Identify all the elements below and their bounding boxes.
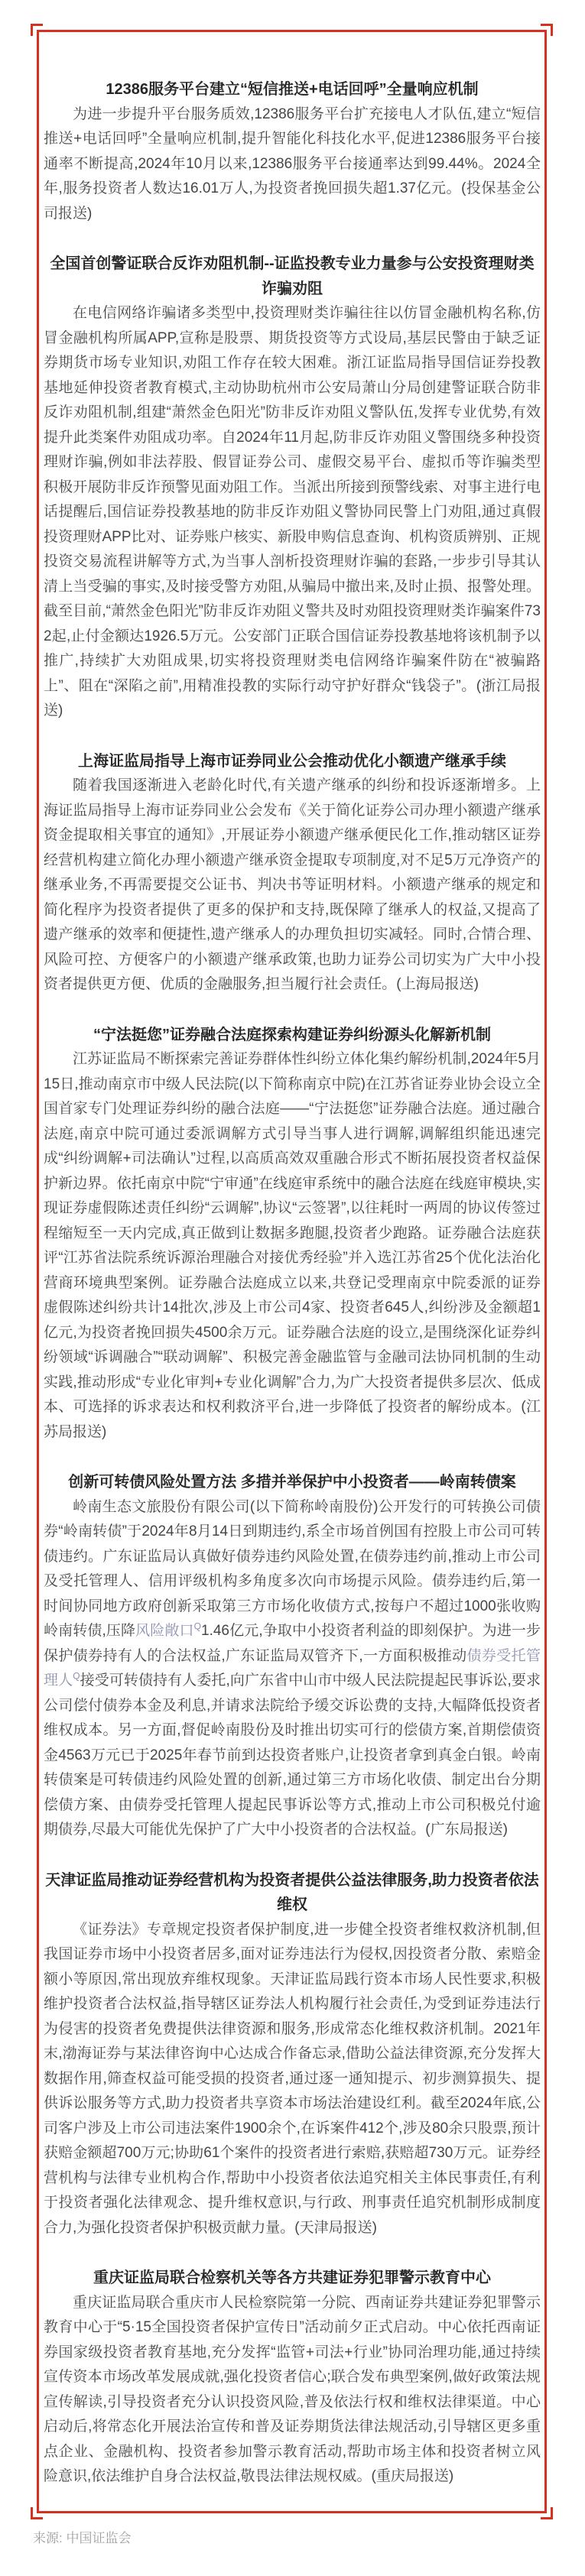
section-body: 在电信网络诈骗诸多类型中,投资理财类诈骗往往以仿冒金融机构名称,仿冒金融机构所属… (44, 301, 541, 724)
term-ref-icon: Q (194, 1621, 201, 1632)
section-12386-platform: 12386服务平台建立“短信推送+电话回呼”全量响应机制 为进一步提升平台服务质… (44, 77, 541, 226)
body-text: 岭南生态文旅股份有限公司(以下简称岭南股份)公开发行的可转换公司债券“岭南转债”… (44, 1499, 541, 1640)
section-nanjing-fusion-court: “宁法挺您”证券融合法庭探索构建证券纠纷源头化解新机制 江苏证监局不断探索完善证… (44, 1023, 541, 1445)
section-title: 天津证监局推动证券经营机构为投资者提供公益法律服务,助力投资者依法维权 (44, 1868, 541, 1918)
section-title: “宁法挺您”证券融合法庭探索构建证券纠纷源头化解新机制 (44, 1023, 541, 1048)
section-chongqing-warning-center: 重庆证监局联合检察机关等各方共建证券犯罪警示教育中心 重庆证监局联合重庆市人民检… (44, 2266, 541, 2490)
section-title: 创新可转债风险处置方法 多措并举保护中小投资者——岭南转债案 (44, 1470, 541, 1495)
section-title: 上海证监局指导上海市证券同业公会推动优化小额遗产继承手续 (44, 749, 541, 774)
section-body: 《证券法》专章规定投资者保护制度,进一步健全投资者维权救济机制,但我国证券市场中… (44, 1918, 541, 2241)
section-police-csrc-anti-fraud: 全国首创警证联合反诈劝阻机制--证监投教专业力量参与公安投资理财类诈骗劝阻 在电… (44, 251, 541, 724)
frame-corner-top-left-icon (31, 24, 43, 36)
term-link-label: 风险敞口 (135, 1623, 194, 1639)
section-title: 全国首创警证联合反诈劝阻机制--证监投教专业力量参与公安投资理财类诈骗劝阻 (44, 251, 541, 301)
section-title: 重庆证监局联合检察机关等各方共建证券犯罪警示教育中心 (44, 2266, 541, 2291)
article-frame: 12386服务平台建立“短信推送+电话回呼”全量响应机制 为进一步提升平台服务质… (37, 30, 547, 2513)
frame-corner-bottom-right-icon (541, 2507, 553, 2519)
section-body: 岭南生态文旅股份有限公司(以下简称岭南股份)公开发行的可转换公司债券“岭南转债”… (44, 1495, 541, 1843)
article-page: 12386服务平台建立“短信推送+电话回呼”全量响应机制 为进一步提升平台服务质… (0, 30, 585, 2548)
section-tianjin-legal-service: 天津证监局推动证券经营机构为投资者提供公益法律服务,助力投资者依法维权 《证券法… (44, 1868, 541, 2241)
frame-corner-top-right-icon (541, 24, 553, 36)
term-link-risk-exposure[interactable]: 风险敞口Q (135, 1623, 201, 1639)
term-ref-icon: Q (73, 1671, 80, 1682)
section-body: 江苏证监局不断探索完善证券群体性纠纷立体化集约解纷机制,2024年5月15日,推… (44, 1047, 541, 1445)
body-text: 接受可转债持有人委托,向广东省中山市中级人民法院提起民事诉讼,要求公司偿付债券本… (44, 1672, 541, 1838)
section-lingnan-convertible-bond: 创新可转债风险处置方法 多措并举保护中小投资者——岭南转债案 岭南生态文旅股份有… (44, 1470, 541, 1843)
section-body: 为进一步提升平台服务质效,12386服务平台扩充接电人才队伍,建立“短信推送+电… (44, 102, 541, 227)
source-caption: 来源: 中国证监会 (33, 2529, 585, 2548)
frame-corner-bottom-left-icon (31, 2507, 43, 2519)
section-body: 重庆证监局联合重庆市人民检察院第一分院、西南证券共建证券犯罪警示教育中心于“5·… (44, 2291, 541, 2490)
section-title: 12386服务平台建立“短信推送+电话回呼”全量响应机制 (44, 77, 541, 102)
section-shanghai-inheritance: 上海证监局指导上海市证券同业公会推动优化小额遗产继承手续 随着我国逐渐进入老龄化… (44, 749, 541, 998)
section-body: 随着我国逐渐进入老龄化时代,有关遗产继承的纠纷和投诉逐渐增多。上海证监局指导上海… (44, 774, 541, 998)
